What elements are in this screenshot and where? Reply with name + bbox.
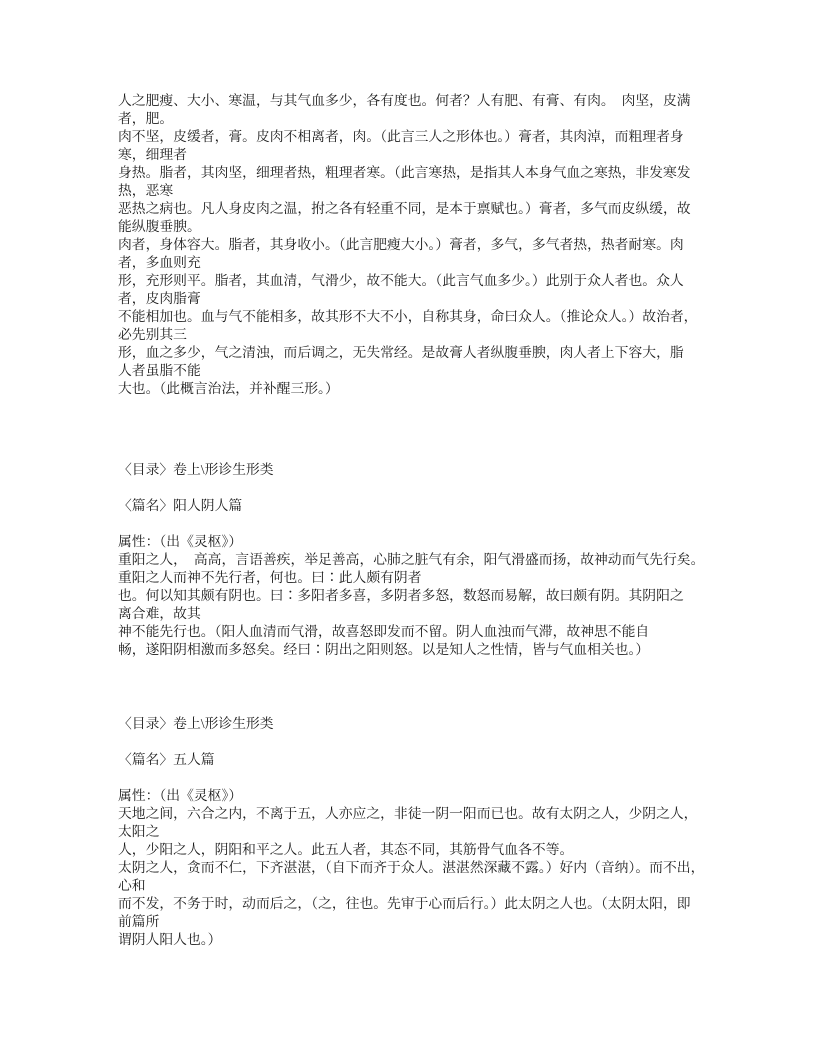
text-line: 能纵腹垂腴。	[118, 218, 716, 236]
text-line: 者，多血则充	[118, 254, 716, 272]
text-line: 前篇所	[118, 913, 716, 931]
text-line: 也。何以知其颇有阴也。曰∶多阳者多喜，多阴者多怒，数怒而易解，故曰颇有阴。其阴阳…	[118, 587, 716, 605]
toc-line: 〈目录〉卷上\形诊生形类	[118, 715, 716, 733]
text-line: 离合难，故其	[118, 605, 716, 623]
toc-line: 〈目录〉卷上\形诊生形类	[118, 461, 716, 479]
chapter-title-line: 〈篇名〉阳人阴人篇	[118, 497, 716, 515]
text-line: 神不能先行也。（阳人血清而气滑，故喜怒即发而不留。阴人血浊而气滞，故神思不能自	[118, 623, 716, 641]
section-wuren: 〈目录〉卷上\形诊生形类 〈篇名〉五人篇 属性：（出《灵枢》） 天地之间，六合之…	[118, 715, 716, 949]
attribute-line: 属性：（出《灵枢》）	[118, 787, 716, 805]
text-line: 热，恶寒	[118, 182, 716, 200]
text-line: 人，少阳之人，阴阳和平之人。此五人者，其态不同，其筋骨气血各不等。	[118, 841, 716, 859]
text-line: 人之肥瘦、大小、寒温，与其气血多少，各有度也。何者？人有肥、有膏、有肉。 肉坚，…	[118, 92, 716, 110]
text-line: 太阳之	[118, 823, 716, 841]
text-line: 畅，遂阳阴相激而多怒矣。经曰∶阴出之阳则怒。以是知人之性情，皆与气血相关也。）	[118, 641, 716, 659]
text-line: 寒，细理者	[118, 146, 716, 164]
text-line: 肉者，身体容大。脂者，其身收小。（此言肥瘦大小。）膏者，多气，多气者热，热者耐寒…	[118, 236, 716, 254]
text-line: 形，充形则平。脂者，其血清，气滑少，故不能大。（此言气血多少。）此别于众人者也。…	[118, 272, 716, 290]
text-line: 太阴之人，贪而不仁，下齐湛湛，（自下而齐于众人。湛湛然深藏不露。）好内（音纳）。…	[118, 859, 716, 877]
text-line: 身热。脂者，其肉坚，细理者热，粗理者寒。（此言寒热，是指其人本身气血之寒热，非发…	[118, 164, 716, 182]
text-line: 肉不坚，皮缓者，膏。皮肉不相离者，肉。（此言三人之形体也。）膏者，其肉淖，而粗理…	[118, 128, 716, 146]
document-page: 人之肥瘦、大小、寒温，与其气血多少，各有度也。何者？人有肥、有膏、有肉。 肉坚，…	[0, 0, 816, 1056]
text-line: 重阳之人， 高高，言语善疾，举足善高，心肺之脏气有余，阳气滑盛而扬，故神动而气先…	[118, 551, 716, 569]
text-line: 者，肥。	[118, 110, 716, 128]
text-line: 重阳之人而神不先行者，何也。曰∶此人颇有阴者	[118, 569, 716, 587]
text-line: 谓阴人阳人也。）	[118, 931, 716, 949]
chapter-title-line: 〈篇名〉五人篇	[118, 751, 716, 769]
text-line: 不能相加也。血与气不能相多，故其形不大不小，自称其身，命曰众人。（推论众人。）故…	[118, 308, 716, 326]
text-line: 必先别其三	[118, 326, 716, 344]
text-line: 大也。（此概言治法，并补醒三形。）	[118, 380, 716, 398]
section-yangren-yinren: 〈目录〉卷上\形诊生形类 〈篇名〉阳人阴人篇 属性：（出《灵枢》） 重阳之人， …	[118, 461, 716, 659]
text-line: 而不发，不务于时，动而后之，（之，往也。先审于心而后行。）此太阴之人也。（太阴太…	[118, 895, 716, 913]
text-line: 形，血之多少，气之清浊，而后调之，无失常经。是故膏人者纵腹垂腴，肉人者上下容大，…	[118, 344, 716, 362]
text-line: 心和	[118, 877, 716, 895]
text-line: 人者虽脂不能	[118, 362, 716, 380]
text-line: 恶热之病也。凡人身皮肉之温，拊之各有轻重不同，是本于禀赋也。）膏者，多气而皮纵缓…	[118, 200, 716, 218]
text-line: 天地之间，六合之内，不离于五，人亦应之，非徒一阴一阳而已也。故有太阴之人，少阴之…	[118, 805, 716, 823]
attribute-line: 属性：（出《灵枢》）	[118, 533, 716, 551]
text-line: 者，皮肉脂膏	[118, 290, 716, 308]
paragraph-body-text: 人之肥瘦、大小、寒温，与其气血多少，各有度也。何者？人有肥、有膏、有肉。 肉坚，…	[118, 92, 716, 398]
